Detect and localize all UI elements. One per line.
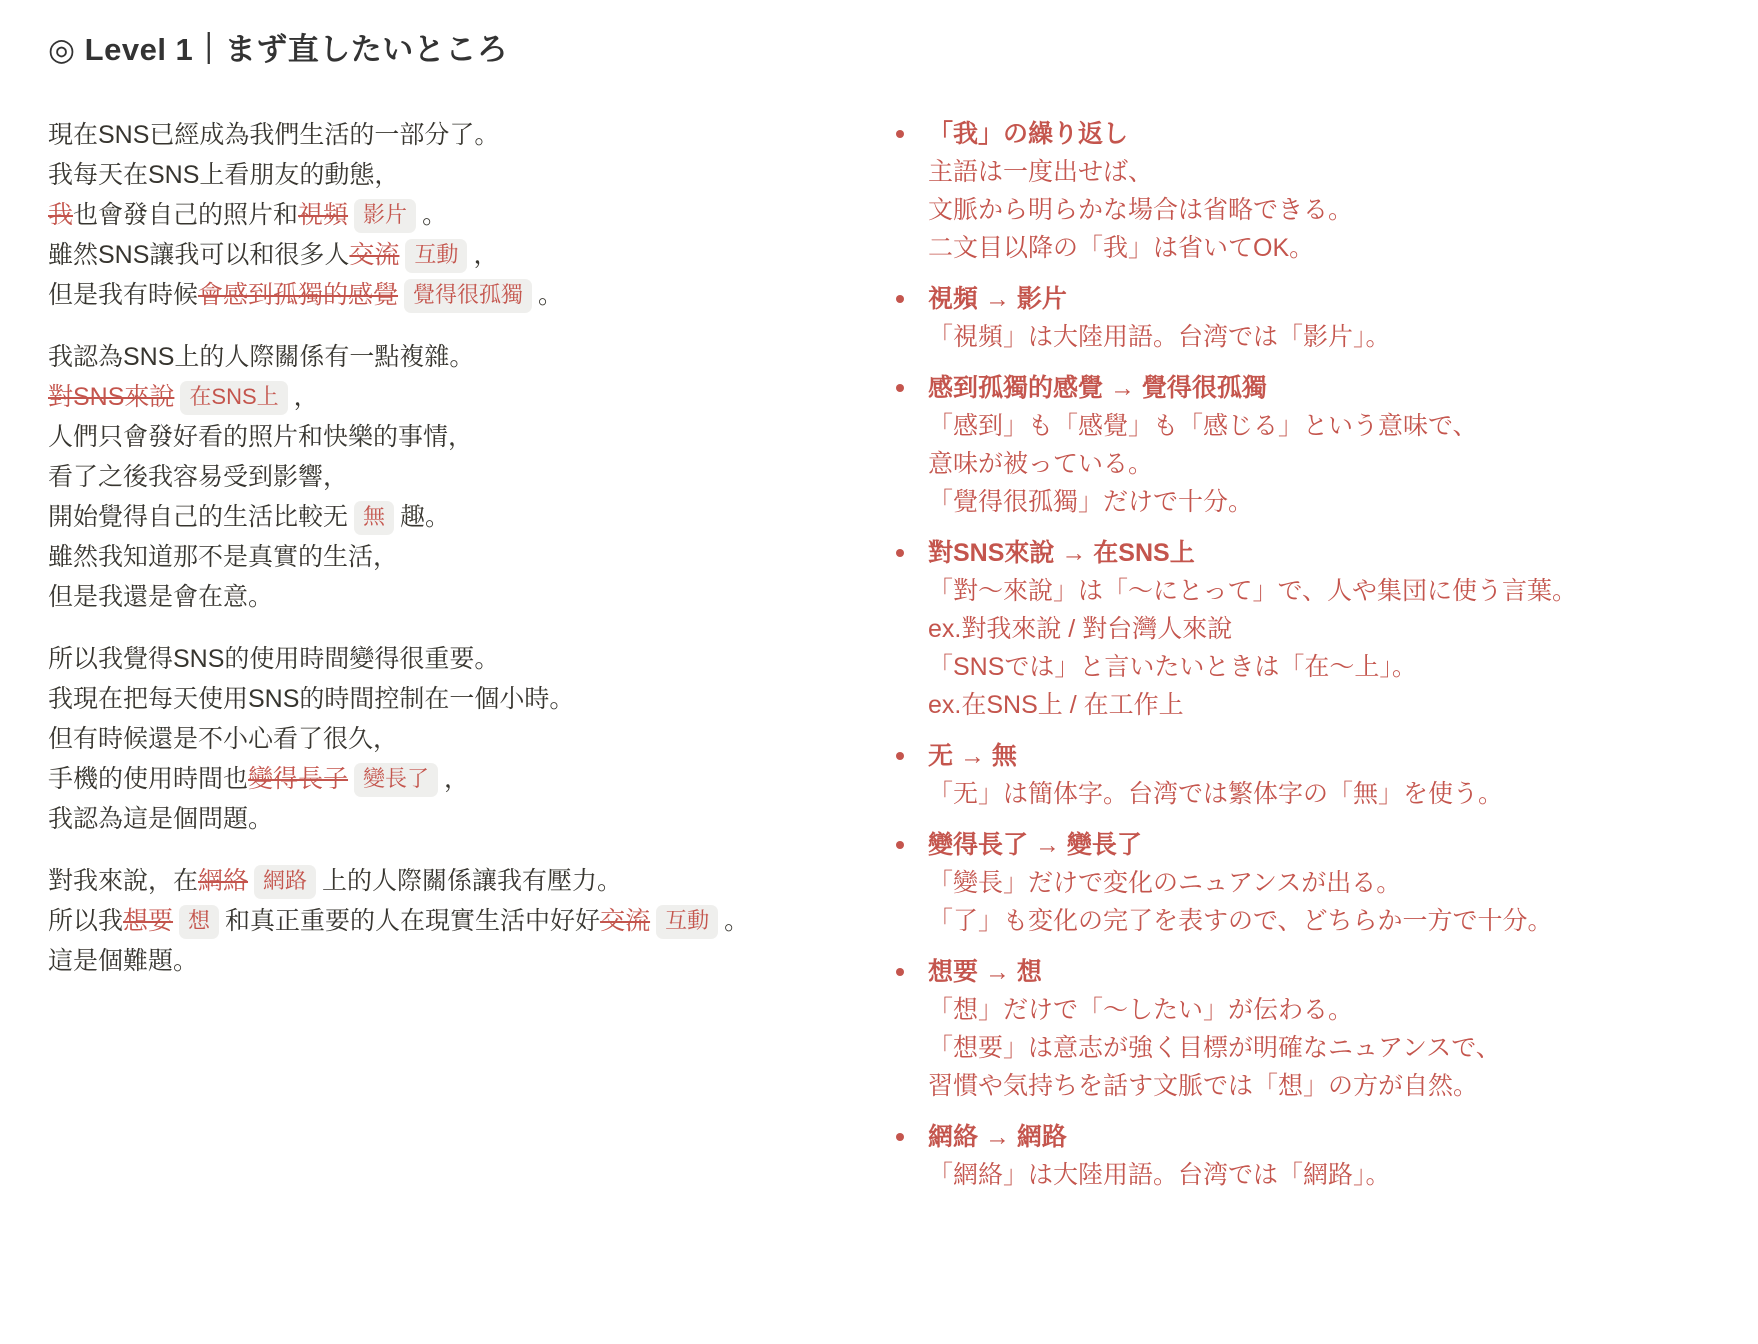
feedback-item: 視頻 → 影片「視頻」は大陸用語。台湾では「影片」。	[896, 280, 1710, 356]
essay-text: 也會發自己的照片和	[73, 201, 298, 229]
feedback-item-title: 視頻 → 影片	[928, 280, 1391, 318]
essay-text: 開始覺得自己的生活比較无	[48, 503, 348, 531]
essay-line: 所以我覺得SNS的使用時間變得很重要。	[48, 639, 848, 679]
essay-text: 人們只會發好看的照片和快樂的事情，	[48, 423, 473, 451]
essay-text: 對我來說，在	[48, 867, 198, 895]
feedback-item-body: 无 → 無「无」は簡体字。台湾では繁体字の「無」を使う。	[928, 737, 1503, 813]
feedback-item-line: 「對〜來說」は「〜にとって」で、人や集団に使う言葉。	[928, 572, 1577, 610]
feedback-item: 變得長了 → 變長了「變長」だけで変化のニュアンスが出る。「了」も変化の完了を表…	[896, 826, 1710, 940]
feedback-item-body: 對SNS來說 → 在SNS上「對〜來說」は「〜にとって」で、人や集団に使う言葉。…	[928, 534, 1577, 724]
essay-line: 所以我想要想和真正重要的人在現實生活中好好交流互動。	[48, 901, 848, 941]
feedback-item-line: 文脈から明らかな場合は省略できる。	[928, 191, 1353, 229]
feedback-item-body: 網絡 → 網路「網絡」は大陸用語。台湾では「網路」。	[928, 1118, 1391, 1194]
bullet-dot-icon	[896, 295, 904, 303]
feedback-item-line: 意味が被っている。	[928, 445, 1478, 483]
feedback-item: 「我」の繰り返し主語は一度出せば、文脈から明らかな場合は省略できる。二文目以降の…	[896, 115, 1710, 267]
bullet-dot-icon	[896, 130, 904, 138]
essay-line: 手機的使用時間也變得長子變長了，	[48, 759, 848, 799]
correction-badge: 在SNS上	[180, 381, 287, 415]
essay-line: 現在SNS已經成為我們生活的一部分了。	[48, 115, 848, 155]
essay-column: 現在SNS已經成為我們生活的一部分了。我每天在SNS上看朋友的動態，我也會發自己…	[48, 115, 848, 1003]
essay-paragraph: 對我來說，在網絡網路上的人際關係讓我有壓力。所以我想要想和真正重要的人在現實生活…	[48, 861, 848, 981]
essay-line: 但有時候還是不小心看了很久，	[48, 719, 848, 759]
content-columns: 現在SNS已經成為我們生活的一部分了。我每天在SNS上看朋友的動態，我也會發自己…	[48, 115, 1710, 1207]
feedback-item: 想要 → 想「想」だけで「〜したい」が伝わる。「想要」は意志が強く目標が明確なニ…	[896, 953, 1710, 1105]
feedback-item-line: 二文目以降の「我」は省いてOK。	[928, 229, 1353, 267]
strikethrough-text: 交流	[600, 907, 650, 935]
essay-text: 和真正重要的人在現實生活中好好	[225, 907, 600, 935]
feedback-item-title: 无 → 無	[928, 737, 1503, 775]
essay-paragraph: 現在SNS已經成為我們生活的一部分了。我每天在SNS上看朋友的動態，我也會發自己…	[48, 115, 848, 315]
strikethrough-text: 想要	[123, 907, 173, 935]
essay-text: 我認為SNS上的人際關係有一點複雜。	[48, 343, 474, 371]
correction-badge: 變長了	[354, 763, 438, 797]
feedback-item-body: 想要 → 想「想」だけで「〜したい」が伝わる。「想要」は意志が強く目標が明確なニ…	[928, 953, 1501, 1105]
essay-text: ，	[444, 765, 469, 793]
essay-line: 我現在把每天使用SNS的時間控制在一個小時。	[48, 679, 848, 719]
feedback-item: 對SNS來說 → 在SNS上「對〜來說」は「〜にとって」で、人や集団に使う言葉。…	[896, 534, 1710, 724]
correction-badge: 互動	[656, 905, 718, 939]
feedback-item: 網絡 → 網路「網絡」は大陸用語。台湾では「網路」。	[896, 1118, 1710, 1194]
feedback-item-line: 「想」だけで「〜したい」が伝わる。	[928, 991, 1501, 1029]
feedback-item-line: 主語は一度出せば、	[928, 153, 1353, 191]
essay-line: 但是我有時候會感到孤獨的感覺覺得很孤獨。	[48, 275, 848, 315]
bullet-dot-icon	[896, 841, 904, 849]
essay-text: 趣。	[400, 503, 450, 531]
feedback-item-line: 「SNSでは」と言いたいときは「在〜上」。	[928, 648, 1577, 686]
strikethrough-text: 會感到孤獨的感覺	[198, 281, 398, 309]
correction-badge: 影片	[354, 199, 416, 233]
essay-text: 看了之後我容易受到影響，	[48, 463, 348, 491]
essay-text: ，	[294, 383, 319, 411]
feedback-item-line: 「覺得很孤獨」だけで十分。	[928, 483, 1478, 521]
correction-badge: 互動	[405, 239, 467, 273]
essay-line: 開始覺得自己的生活比較无無趣。	[48, 497, 848, 537]
essay-line: 對SNS來說在SNS上，	[48, 377, 848, 417]
bullet-dot-icon	[896, 752, 904, 760]
feedback-item: 感到孤獨的感覺 → 覺得很孤獨「感到」も「感覺」も「感じる」という意味で、意味が…	[896, 369, 1710, 521]
correction-badge: 覺得很孤獨	[404, 279, 532, 313]
essay-text: 雖然我知道那不是真實的生活，	[48, 543, 398, 571]
feedback-item-line: 「網絡」は大陸用語。台湾では「網路」。	[928, 1156, 1391, 1194]
essay-text: 。	[538, 281, 563, 309]
essay-text: ，	[473, 241, 498, 269]
essay-paragraph: 所以我覺得SNS的使用時間變得很重要。我現在把每天使用SNS的時間控制在一個小時…	[48, 639, 848, 839]
feedback-item-body: 「我」の繰り返し主語は一度出せば、文脈から明らかな場合は省略できる。二文目以降の…	[928, 115, 1353, 267]
essay-line: 我每天在SNS上看朋友的動態，	[48, 155, 848, 195]
feedback-item-line: 「變長」だけで変化のニュアンスが出る。	[928, 864, 1553, 902]
feedback-list: 「我」の繰り返し主語は一度出せば、文脈から明らかな場合は省略できる。二文目以降の…	[896, 115, 1710, 1194]
essay-line: 對我來說，在網絡網路上的人際關係讓我有壓力。	[48, 861, 848, 901]
feedback-item-line: 「感到」も「感覺」も「感じる」という意味で、	[928, 407, 1478, 445]
essay-line: 人們只會發好看的照片和快樂的事情，	[48, 417, 848, 457]
essay-text: 我現在把每天使用SNS的時間控制在一個小時。	[48, 685, 574, 713]
strikethrough-text: 視頻	[298, 201, 348, 229]
essay-text: 手機的使用時間也	[48, 765, 248, 793]
essay-text: 我每天在SNS上看朋友的動態，	[48, 161, 399, 189]
feedback-item-line: 「无」は簡体字。台湾では繁体字の「無」を使う。	[928, 775, 1503, 813]
feedback-item-line: ex.在SNS上 / 在工作上	[928, 686, 1577, 724]
feedback-item: 无 → 無「无」は簡体字。台湾では繁体字の「無」を使う。	[896, 737, 1710, 813]
bullet-dot-icon	[896, 968, 904, 976]
strikethrough-text: 網絡	[198, 867, 248, 895]
correction-badge: 網路	[254, 865, 316, 899]
essay-text: 所以我	[48, 907, 123, 935]
essay-text: 這是個難題。	[48, 947, 198, 975]
essay-text: 雖然SNS讓我可以和很多人	[48, 241, 349, 269]
correction-badge: 想	[179, 905, 219, 939]
essay-text: 但是我有時候	[48, 281, 198, 309]
feedback-item-body: 感到孤獨的感覺 → 覺得很孤獨「感到」も「感覺」も「感じる」という意味で、意味が…	[928, 369, 1478, 521]
feedback-item-line: 習慣や気持ちを話す文脈では「想」の方が自然。	[928, 1067, 1501, 1105]
essay-text: 所以我覺得SNS的使用時間變得很重要。	[48, 645, 499, 673]
essay-text: 上的人際關係讓我有壓力。	[322, 867, 622, 895]
essay-text: 現在SNS已經成為我們生活的一部分了。	[48, 121, 499, 149]
feedback-item-line: 「想要」は意志が強く目標が明確なニュアンスで、	[928, 1029, 1501, 1067]
essay-paragraph: 我認為SNS上的人際關係有一點複雜。對SNS來說在SNS上，人們只會發好看的照片…	[48, 337, 848, 617]
bullet-dot-icon	[896, 384, 904, 392]
bullet-dot-icon	[896, 549, 904, 557]
document-page: ◎ Level 1｜まず直したいところ 現在SNS已經成為我們生活的一部分了。我…	[0, 0, 1758, 1207]
essay-line: 我認為這是個問題。	[48, 799, 848, 839]
essay-text: 我認為這是個問題。	[48, 805, 273, 833]
feedback-item-title: 感到孤獨的感覺 → 覺得很孤獨	[928, 369, 1478, 407]
essay-text: 。	[422, 201, 447, 229]
essay-line: 雖然我知道那不是真實的生活，	[48, 537, 848, 577]
essay-line: 但是我還是會在意。	[48, 577, 848, 617]
feedback-item-line: ex.對我來說 / 對台灣人來說	[928, 610, 1577, 648]
feedback-item-body: 變得長了 → 變長了「變長」だけで変化のニュアンスが出る。「了」も変化の完了を表…	[928, 826, 1553, 940]
feedback-item-title: 網絡 → 網路	[928, 1118, 1391, 1156]
feedback-column: 「我」の繰り返し主語は一度出せば、文脈から明らかな場合は省略できる。二文目以降の…	[896, 115, 1710, 1207]
feedback-item-title: 對SNS來說 → 在SNS上	[928, 534, 1577, 572]
strikethrough-text: 我	[48, 201, 73, 229]
bullet-dot-icon	[896, 1133, 904, 1141]
correction-badge: 無	[354, 501, 394, 535]
feedback-item-title: 變得長了 → 變長了	[928, 826, 1553, 864]
feedback-item-body: 視頻 → 影片「視頻」は大陸用語。台湾では「影片」。	[928, 280, 1391, 356]
essay-line: 雖然SNS讓我可以和很多人交流互動，	[48, 235, 848, 275]
strikethrough-text: 交流	[349, 241, 399, 269]
essay-line: 我也會發自己的照片和視頻影片。	[48, 195, 848, 235]
essay-line: 我認為SNS上的人際關係有一點複雜。	[48, 337, 848, 377]
feedback-item-title: 想要 → 想	[928, 953, 1501, 991]
feedback-item-title: 「我」の繰り返し	[928, 115, 1353, 153]
page-title: ◎ Level 1｜まず直したいところ	[48, 24, 1710, 69]
strikethrough-text: 變得長子	[248, 765, 348, 793]
essay-text: 。	[724, 907, 749, 935]
essay-text: 但是我還是會在意。	[48, 583, 273, 611]
feedback-item-line: 「視頻」は大陸用語。台湾では「影片」。	[928, 318, 1391, 356]
strikethrough-text: 對SNS來說	[48, 383, 174, 411]
essay-line: 看了之後我容易受到影響，	[48, 457, 848, 497]
essay-line: 這是個難題。	[48, 941, 848, 981]
essay-text: 但有時候還是不小心看了很久，	[48, 725, 398, 753]
feedback-item-line: 「了」も変化の完了を表すので、どちらか一方で十分。	[928, 902, 1553, 940]
